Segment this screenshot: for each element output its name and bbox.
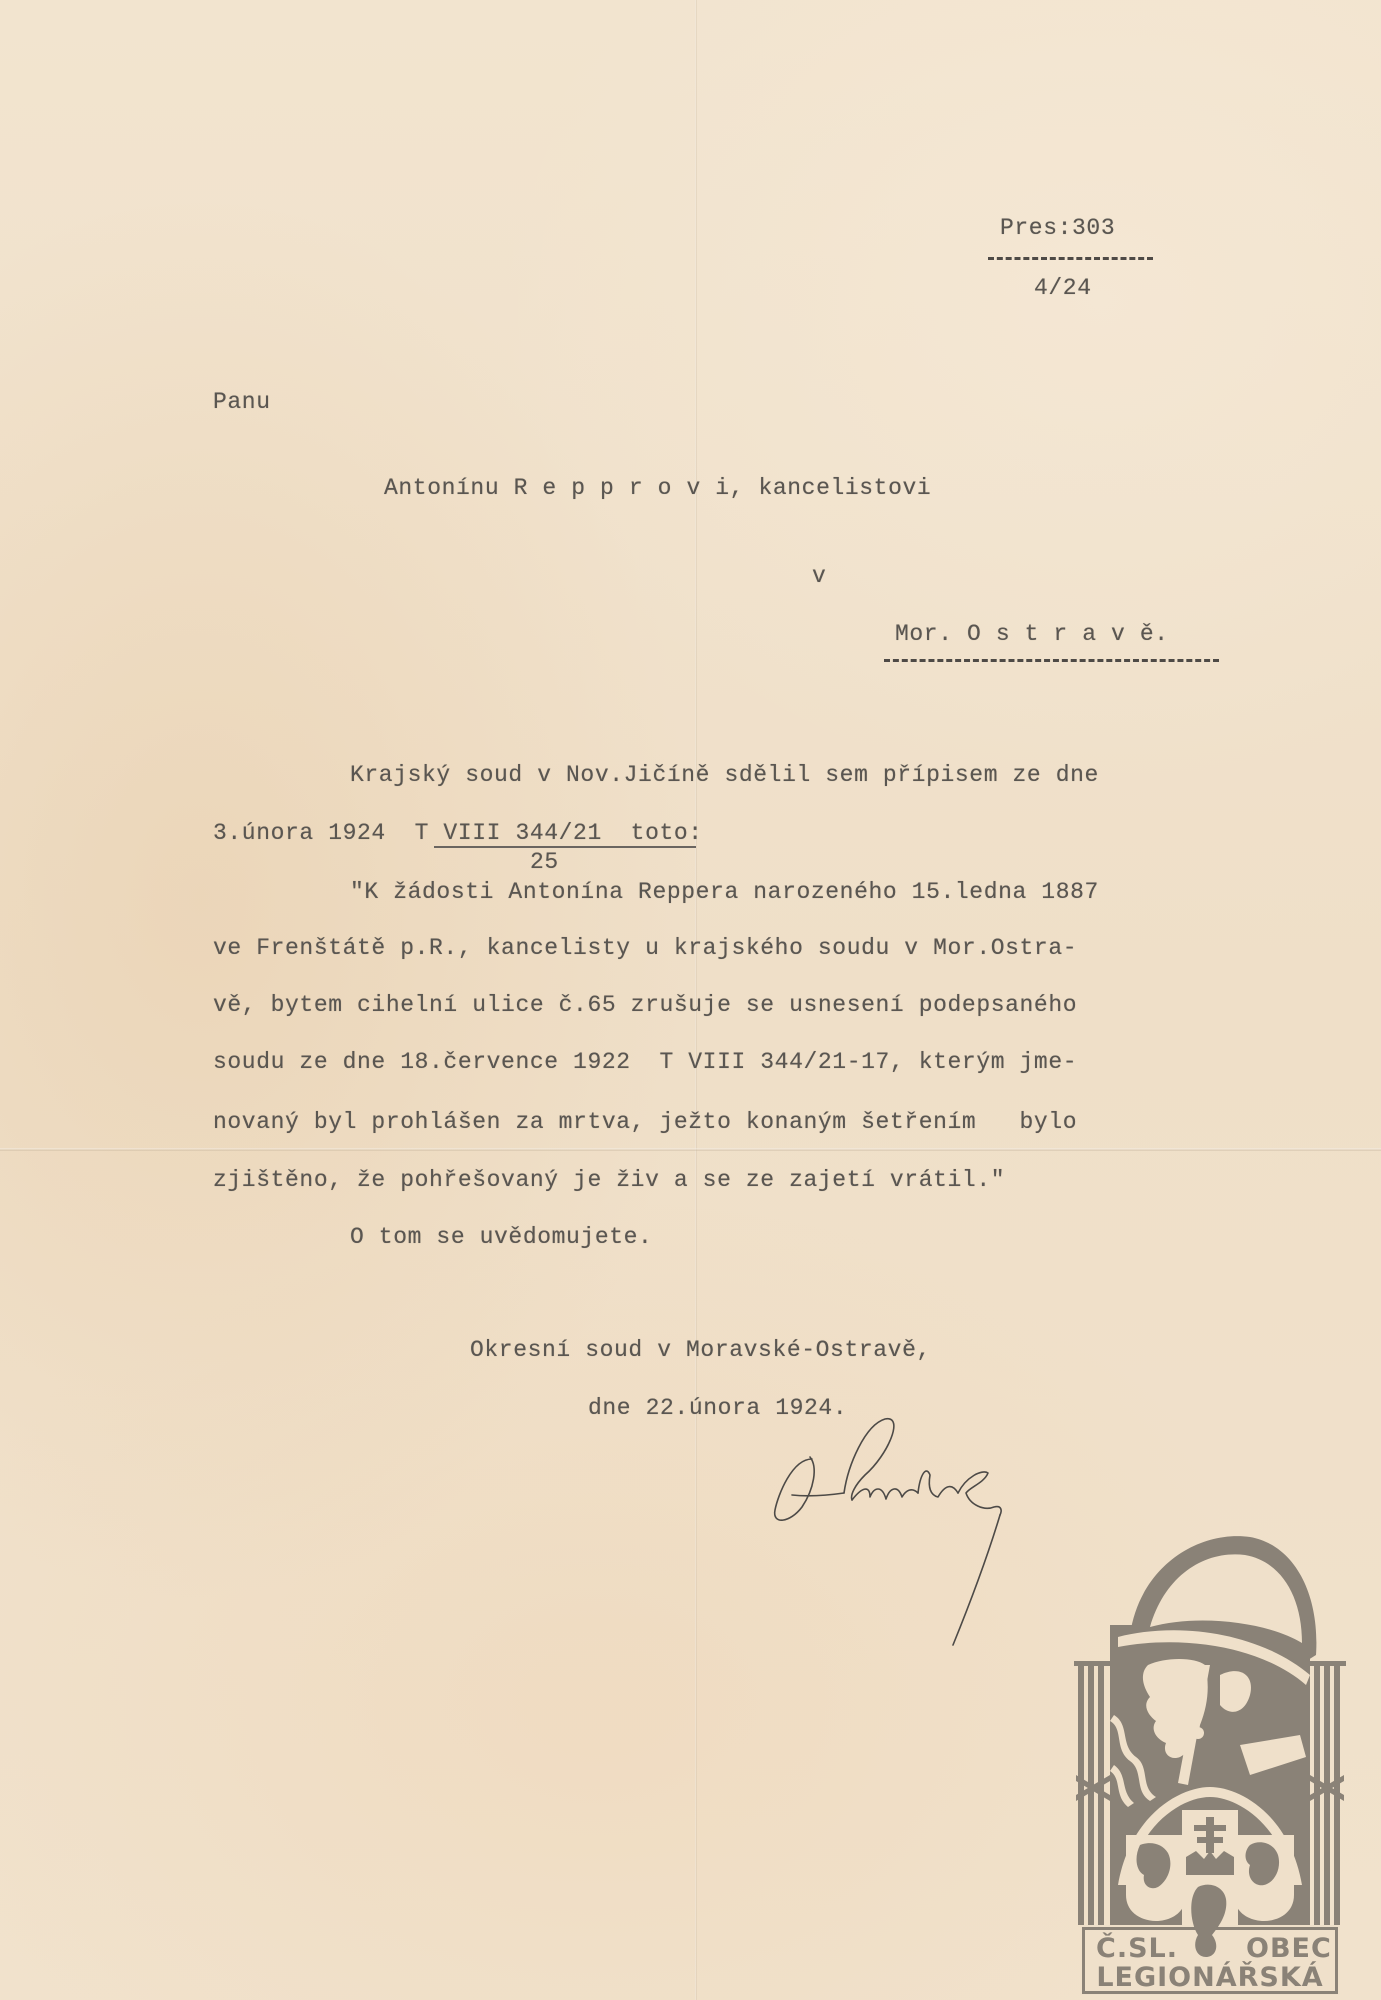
body-line-8: novaný byl prohlášen za mrtva, ježto kon…: [213, 1108, 1077, 1136]
salutation: Panu: [213, 388, 271, 416]
city-underline: [884, 659, 1219, 662]
closing-court: Okresní soud v Moravské-Ostravě,: [470, 1336, 931, 1364]
logo-text-legionarska: LEGIONÁŘSKÁ: [1070, 1962, 1350, 1993]
signature: [770, 1415, 1030, 1655]
body-line-5: ve Frenštátě p.R., kancelisty u krajskéh…: [213, 934, 1077, 962]
addressee-name: Antonínu R e p p r o v i, kancelistovi: [384, 474, 931, 502]
logo-text-csl: Č.SL.: [1070, 1933, 1206, 1964]
body-line-6: vě, bytem cihelní ulice č.65 zrušuje se …: [213, 991, 1077, 1019]
reference-separator: [988, 257, 1153, 260]
addressee-preposition: v: [812, 562, 826, 590]
body-line-1: Krajský soud v Nov.Jičíně sdělil sem pří…: [350, 761, 1099, 789]
reference-year: 4/24: [1034, 274, 1092, 302]
body-line-7: soudu ze dne 18.července 1922 T VIII 344…: [213, 1048, 1077, 1076]
addressee-city: Mor. O s t r a v ě.: [895, 620, 1169, 648]
logo-text-obec: OBEC: [1246, 1933, 1346, 1964]
body-line-10: O tom se uvědomujete.: [350, 1223, 652, 1251]
body-line-2: 3.února 1924 T VIII 344/21 toto:: [213, 819, 703, 847]
case-number-underline: [434, 846, 696, 848]
case-fraction-denominator: 25: [530, 848, 559, 876]
soldier-emblem-icon: [1070, 1525, 1350, 1997]
paper-fold-horizontal: [0, 1148, 1381, 1151]
body-line-9: zjištěno, že pohřešovaný je živ a se ze …: [213, 1166, 1005, 1194]
legion-logo: Č.SL. OBEC LEGIONÁŘSKÁ: [1070, 1525, 1350, 1997]
reference-number: Pres:303: [1000, 214, 1115, 242]
body-line-4: "K žádosti Antonína Reppera narozeného 1…: [350, 878, 1099, 906]
